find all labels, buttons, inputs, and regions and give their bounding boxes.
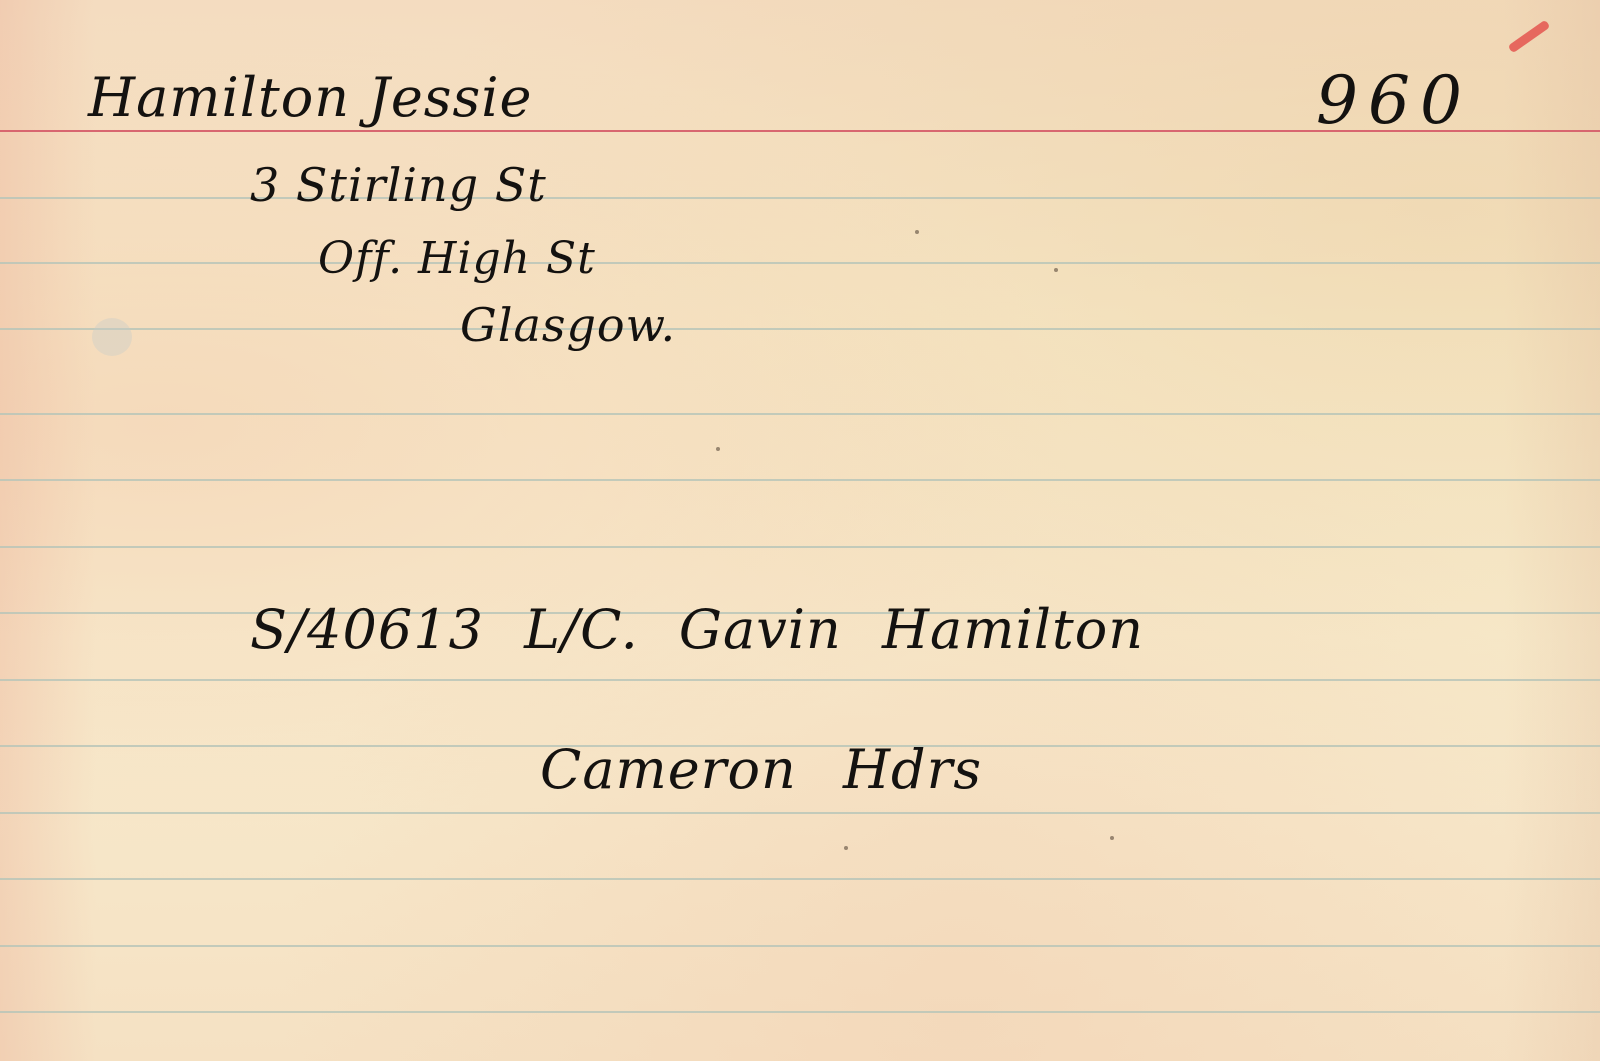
paper-smudge [92, 318, 132, 356]
red-pencil-mark [1508, 20, 1551, 54]
card-holder-name: Hamilton Jessie [88, 66, 532, 129]
ruled-line [0, 945, 1600, 947]
ruled-line [0, 328, 1600, 330]
paper-speck [716, 447, 720, 451]
ruled-line [0, 546, 1600, 548]
regiment: Cameron Hdrs [540, 738, 982, 801]
service-number-rank-name: S/40613 L/C. Gavin Hamilton [250, 598, 1144, 661]
address-line-3: Glasgow. [460, 298, 676, 352]
ruled-line [0, 679, 1600, 681]
paper-speck [915, 230, 919, 234]
ruled-line [0, 812, 1600, 814]
paper-speck [1054, 268, 1058, 272]
address-line-2: Off. High St [318, 233, 596, 284]
ruled-line [0, 479, 1600, 481]
ruled-line [0, 197, 1600, 199]
address-line-1: 3 Stirling St [250, 158, 547, 212]
card-number: 960 [1316, 62, 1472, 139]
paper-speck [844, 846, 848, 850]
paper-speck [1110, 836, 1114, 840]
index-card: Hamilton Jessie 960 3 Stirling St Off. H… [0, 0, 1600, 1061]
ruled-line [0, 413, 1600, 415]
ruled-line [0, 878, 1600, 880]
ruled-line [0, 262, 1600, 264]
ruled-line [0, 1011, 1600, 1013]
